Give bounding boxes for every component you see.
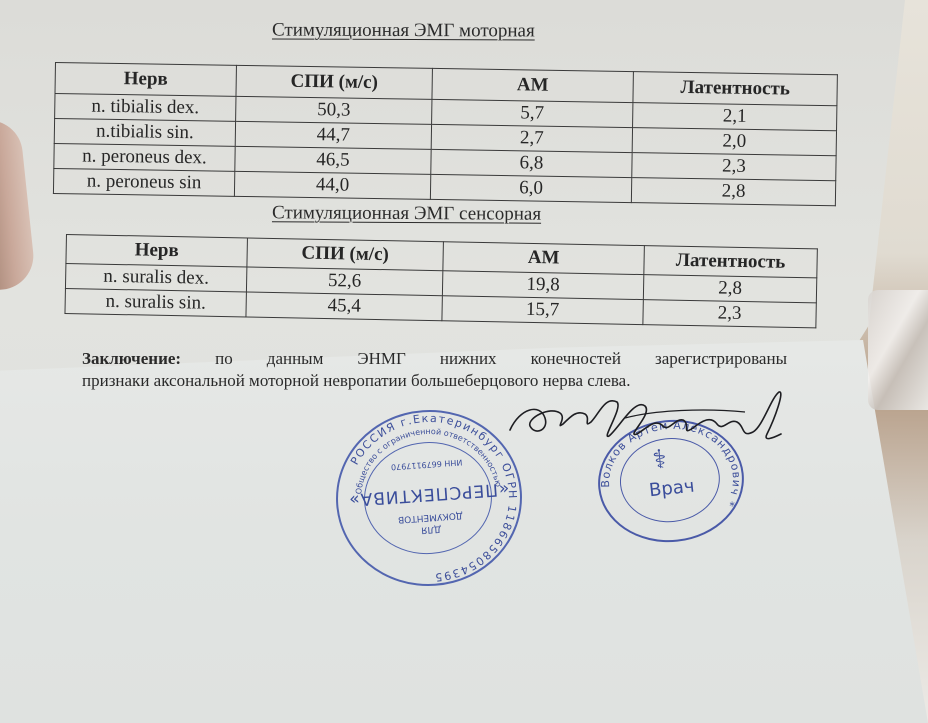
cell-latency: 2,8 — [643, 275, 816, 303]
cell-latency: 2,1 — [633, 103, 837, 131]
organization-stamp: РОССИЯ г.Екатеринбург ОГРН 1186658054395… — [330, 404, 528, 593]
sensor-emg-table: Нерв СПИ (м/с) АМ Латентность n. suralis… — [64, 234, 817, 328]
cell-nerve: n.tibialis sin. — [54, 119, 235, 147]
cell-am: 2,7 — [431, 124, 632, 152]
header-spi: СПИ (м/с) — [247, 238, 444, 271]
cell-spi: 44,0 — [234, 171, 430, 199]
cell-latency: 2,0 — [632, 128, 836, 156]
cell-spi: 50,3 — [236, 96, 432, 124]
conclusion-line-1: Заключение: по данным ЭНМГ нижних конечн… — [82, 348, 787, 370]
cell-spi: 46,5 — [235, 146, 431, 174]
header-nerve: Нерв — [66, 235, 248, 267]
cell-spi: 45,4 — [246, 292, 442, 321]
conclusion: Заключение: по данным ЭНМГ нижних конечн… — [82, 348, 787, 392]
conclusion-label: Заключение: — [82, 349, 181, 368]
header-latency: Латентность — [633, 72, 837, 106]
cell-latency: 2,3 — [643, 300, 816, 328]
cell-nerve: n. suralis sin. — [65, 288, 246, 316]
cell-nerve: n. suralis dex. — [65, 264, 246, 292]
cell-latency: 2,3 — [632, 153, 836, 181]
cell-am: 6,8 — [431, 149, 632, 177]
cell-am: 6,0 — [430, 174, 631, 202]
document-content: Стимуляционная ЭМГ моторная Нерв СПИ (м/… — [0, 0, 928, 723]
header-nerve: Нерв — [55, 63, 236, 97]
cell-nerve: n. peroneus sin — [53, 168, 234, 196]
sensor-emg-title: Стимуляционная ЭМГ сенсорная — [272, 202, 541, 225]
cell-spi: 44,7 — [235, 121, 431, 149]
signature — [505, 388, 790, 458]
header-am: АМ — [432, 68, 633, 102]
cell-nerve: n. tibialis dex. — [55, 94, 236, 122]
header-latency: Латентность — [644, 246, 818, 278]
cell-am: 19,8 — [442, 271, 643, 300]
cell-am: 5,7 — [432, 99, 633, 127]
conclusion-text-1: по данным ЭНМГ нижних конечностей зареги… — [215, 349, 787, 368]
motor-emg-title: Стимуляционная ЭМГ моторная — [272, 20, 535, 43]
cell-am: 15,7 — [442, 296, 643, 325]
motor-emg-table: Нерв СПИ (м/с) АМ Латентность n. tibiali… — [53, 62, 838, 206]
header-am: АМ — [443, 242, 645, 275]
cell-latency: 2,8 — [631, 178, 835, 206]
header-spi: СПИ (м/с) — [236, 65, 432, 99]
cell-spi: 52,6 — [246, 267, 442, 296]
cell-nerve: n. peroneus dex. — [54, 143, 235, 171]
